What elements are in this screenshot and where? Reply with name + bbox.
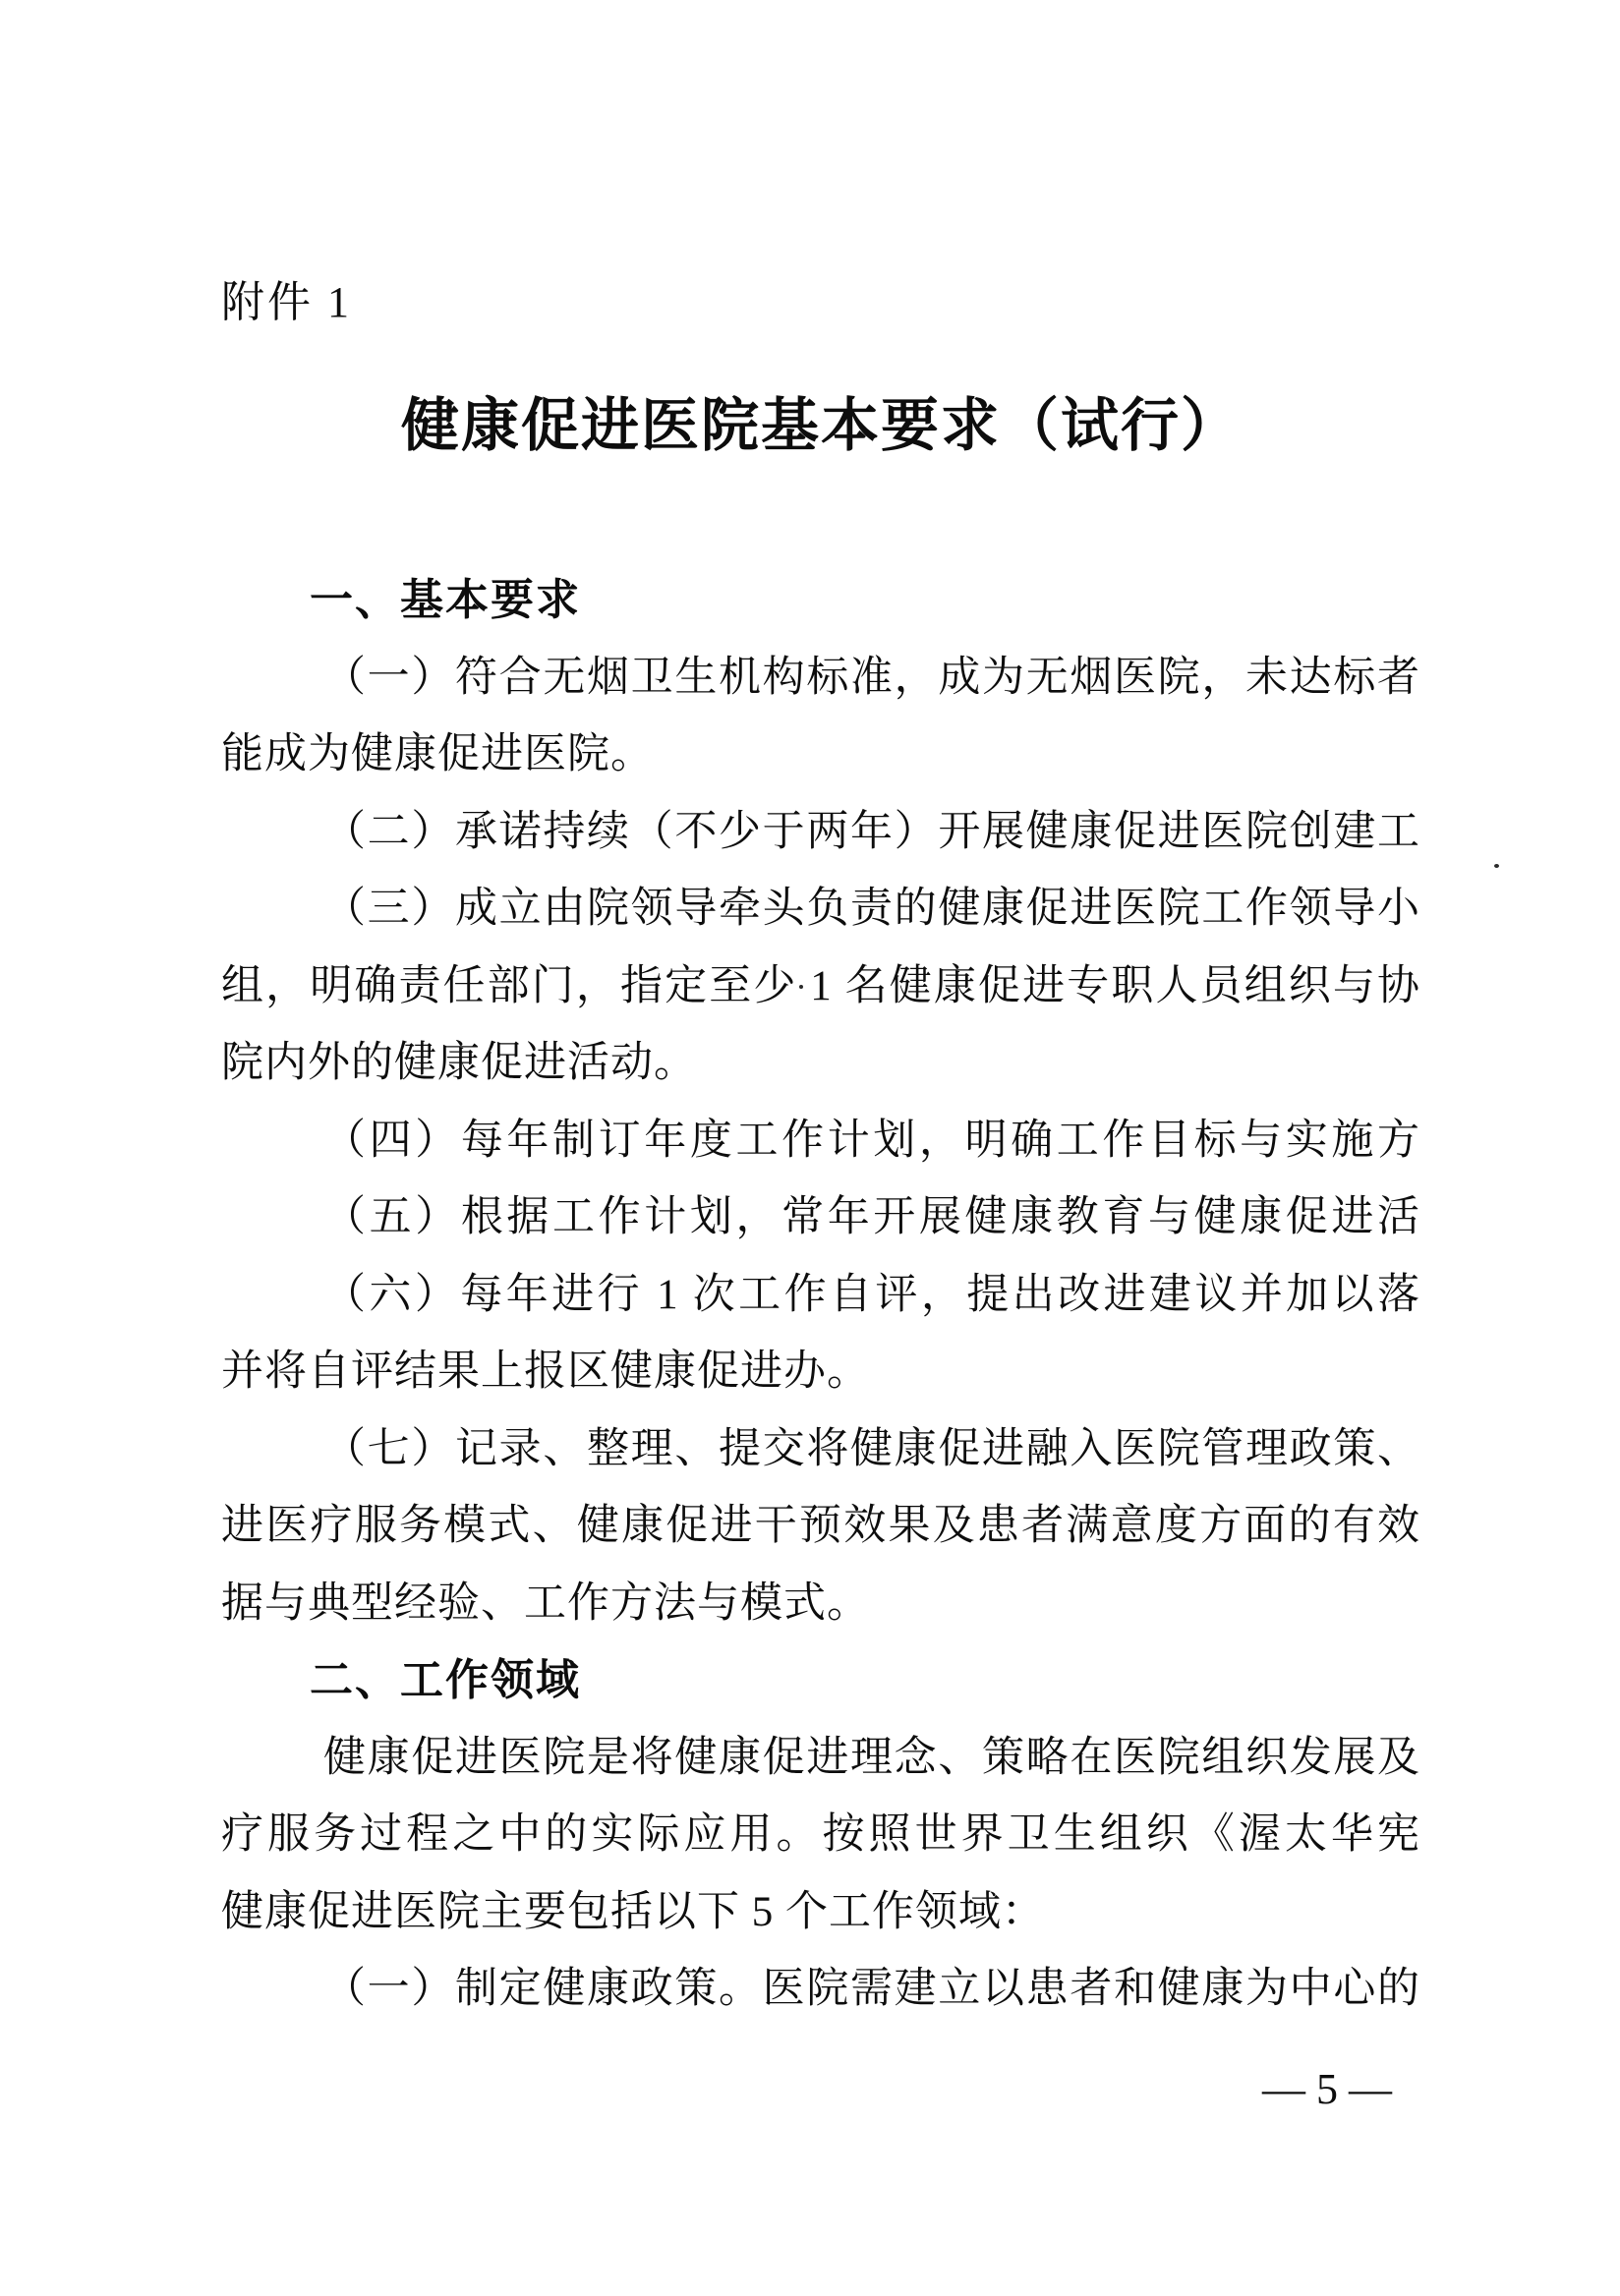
body-line: （三）成立由院领导牵头负责的健康促进医院工作领导小	[221, 871, 1420, 948]
document-body: 一、基本要求 （一）符合无烟卫生机构标准，成为无烟医院，未达标者不 能成为健康促…	[221, 562, 1420, 2029]
body-line: 健康促进医院主要包括以下 5 个工作领域：	[221, 1874, 1420, 1952]
body-line: 据与典型经验、工作方法与模式。	[221, 1566, 1420, 1643]
scan-speck-artifact	[799, 985, 803, 989]
body-line: （五）根据工作计划，常年开展健康教育与健康促进活动。	[221, 1179, 1420, 1257]
body-line: 并将自评结果上报区健康促进办。	[221, 1334, 1420, 1411]
section-heading-work-areas: 二、工作领域	[221, 1642, 1420, 1720]
body-line: 院内外的健康促进活动。	[221, 1025, 1420, 1103]
body-line: （一）符合无烟卫生机构标准，成为无烟医院，未达标者不	[221, 640, 1420, 717]
section-heading-basic-requirements: 一、基本要求	[221, 562, 1420, 640]
document-title: 健康促进医院基本要求（试行）	[221, 391, 1420, 462]
body-line: 进医疗服务模式、健康促进干预效果及患者满意度方面的有效证	[221, 1488, 1420, 1566]
body-line: （一）制定健康政策。医院需建立以患者和健康为中心的管	[221, 1951, 1420, 2029]
scan-speck-artifact	[1494, 864, 1499, 868]
body-line: 疗服务过程之中的实际应用。按照世界卫生组织《渥太华宪章》，	[221, 1797, 1420, 1874]
body-line: 组，明确责任部门，指定至少 1 名健康促进专职人员组织与协调	[221, 948, 1420, 1026]
body-line: （二）承诺持续（不少于两年）开展健康促进医院创建工作。	[221, 794, 1420, 872]
body-line: （四）每年制订年度工作计划，明确工作目标与实施方案。	[221, 1103, 1420, 1180]
body-line: （六）每年进行 1 次工作自评，提出改进建议并加以落实，	[221, 1257, 1420, 1335]
page-number: — 5 —	[1258, 2066, 1396, 2113]
body-line: （七）记录、整理、提交将健康促进融入医院管理政策、改	[221, 1411, 1420, 1489]
body-line: 健康促进医院是将健康促进理念、策略在医院组织发展及医	[221, 1720, 1420, 1798]
body-line: 能成为健康促进医院。	[221, 717, 1420, 794]
document-page: 附件 1 健康促进医院基本要求（试行） 一、基本要求 （一）符合无烟卫生机构标准…	[0, 0, 1620, 2296]
attachment-label: 附件 1	[221, 279, 352, 326]
